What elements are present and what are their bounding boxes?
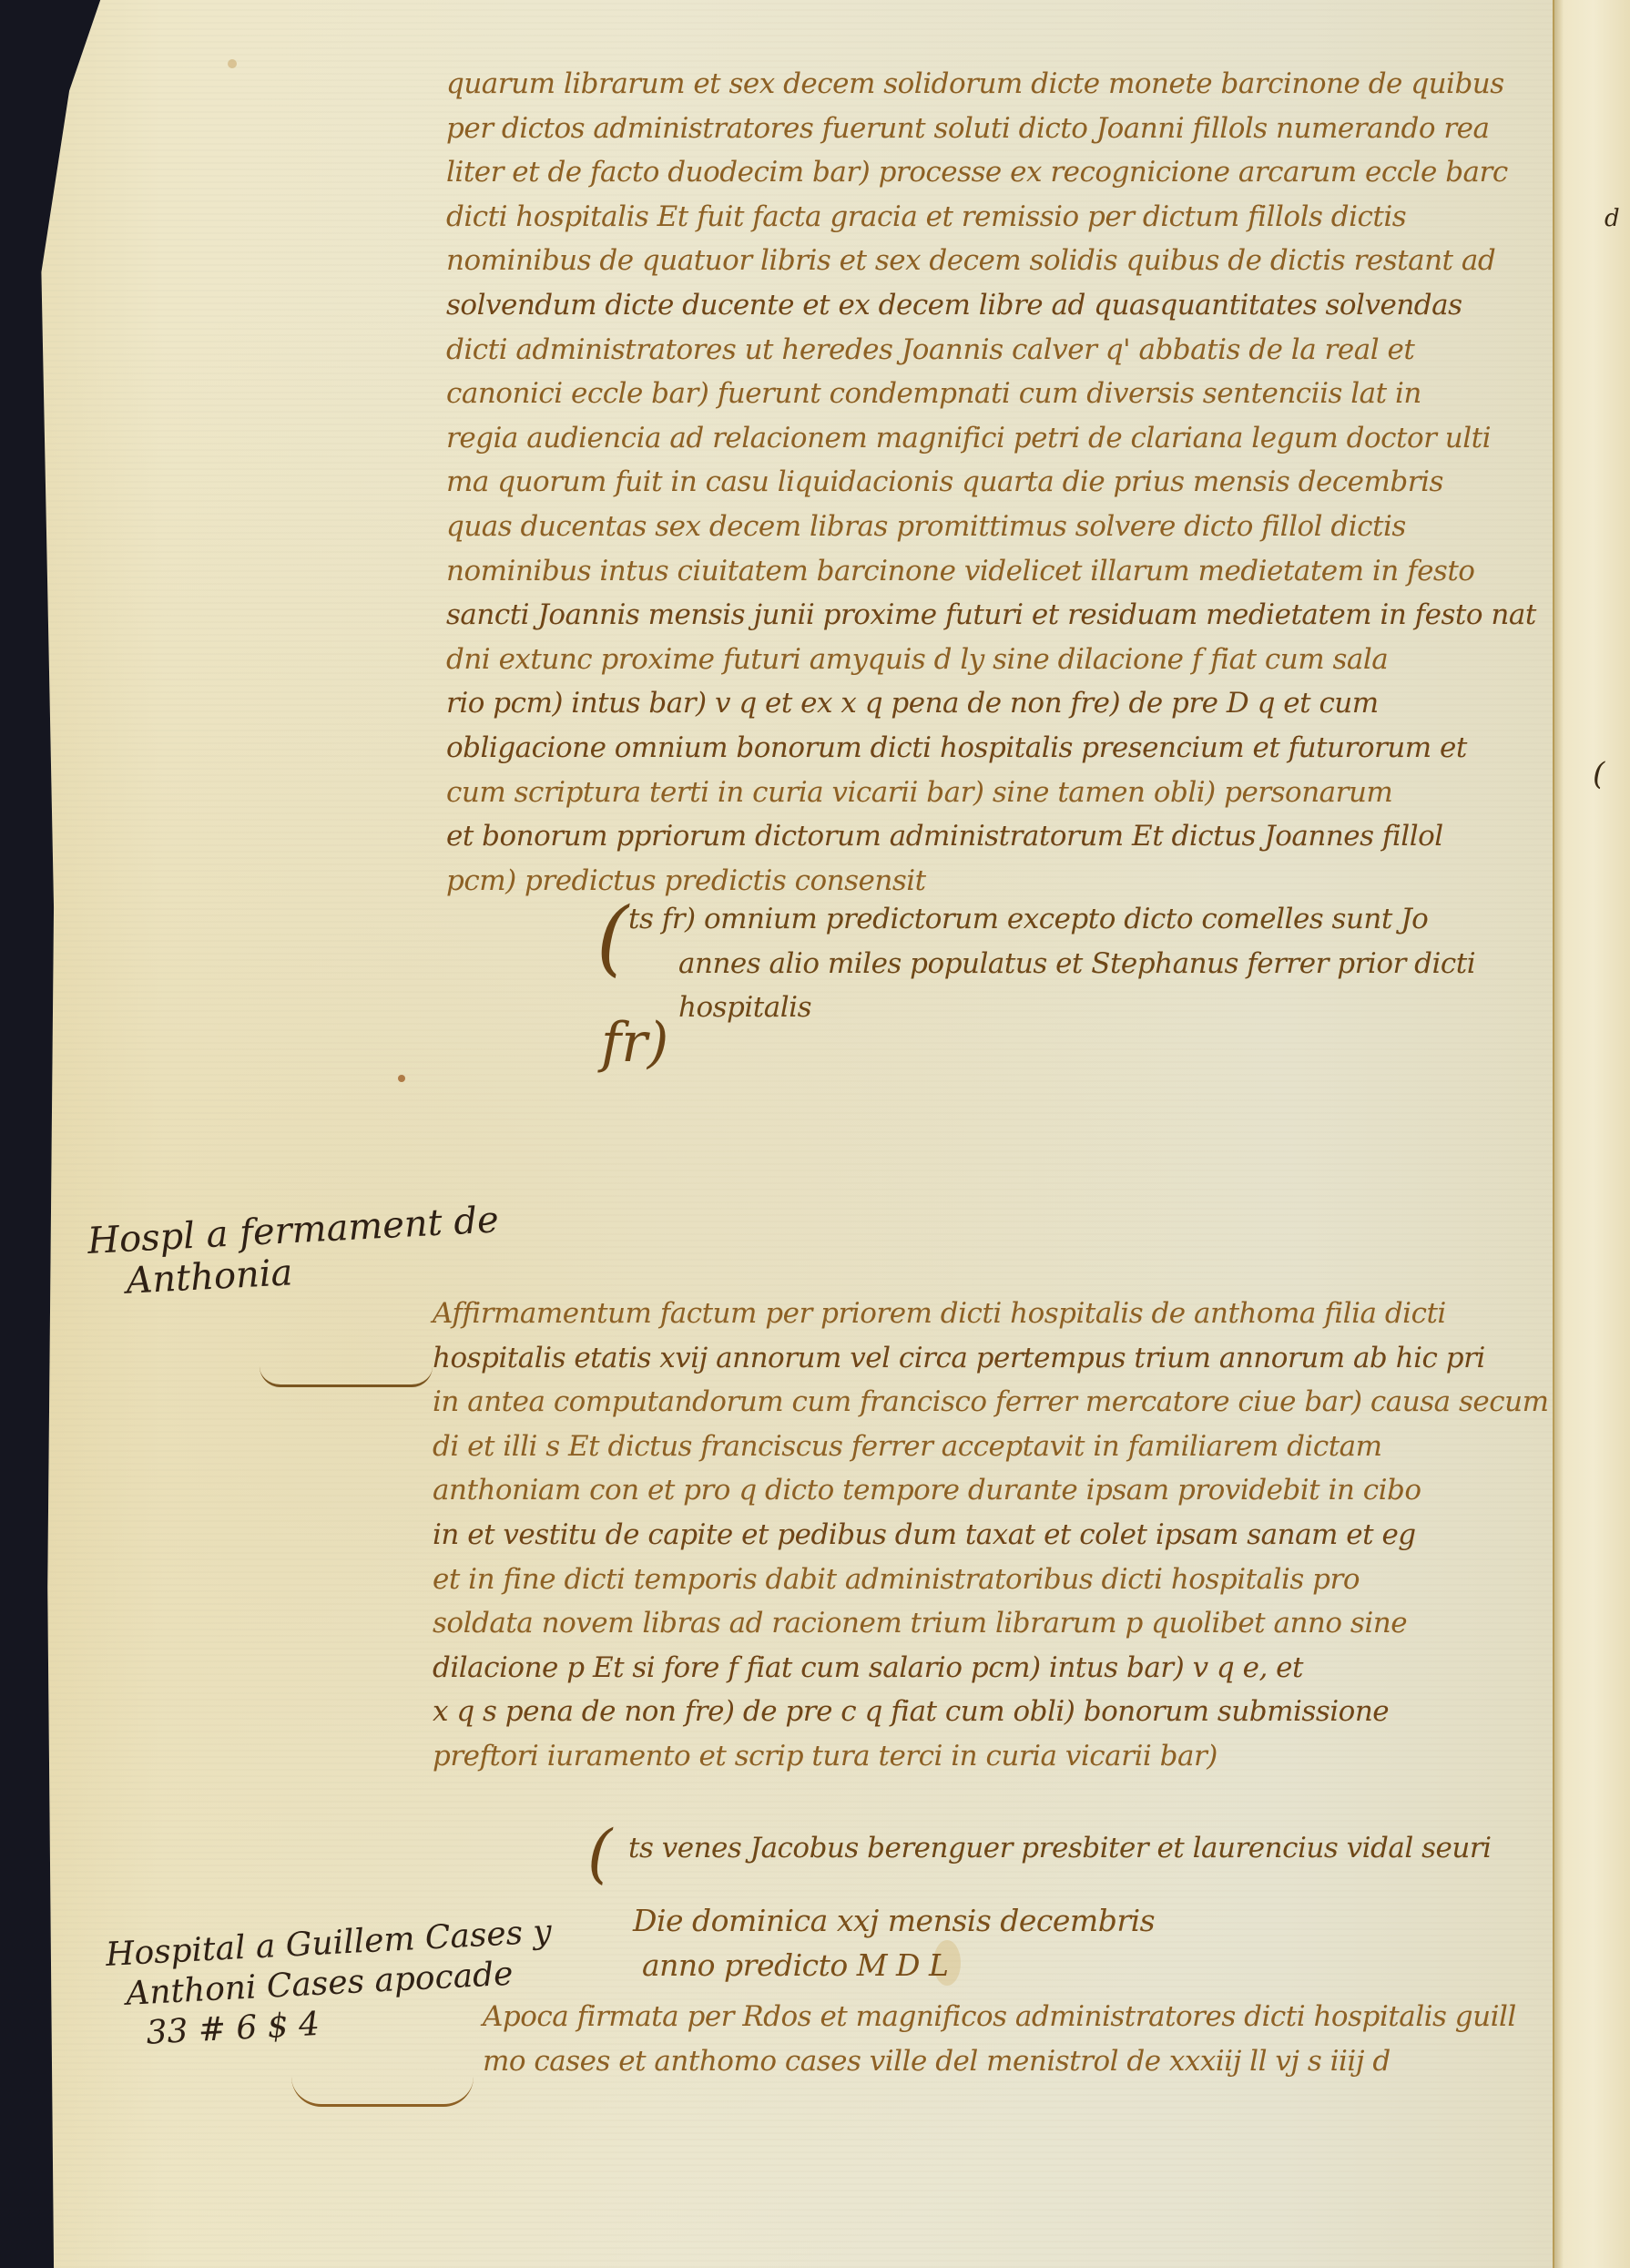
margin-flourish bbox=[291, 2077, 474, 2107]
date-line: anno predicto M D L bbox=[633, 1944, 1155, 1988]
text-line: rio pcm) intus bar) v q et ex x q pena d… bbox=[446, 681, 1584, 726]
text-line: Affirmamentum factum per priorem dicti h… bbox=[433, 1292, 1571, 1336]
text-line: x q s pena de non fre) de pre c q fiat c… bbox=[433, 1690, 1571, 1734]
text-line: per dictos administratores fuerunt solut… bbox=[446, 107, 1584, 151]
text-line: anthoniam con et pro q dicto tempore dur… bbox=[433, 1468, 1571, 1513]
text-line: dilacione p Et si fore f fiat cum salari… bbox=[433, 1646, 1571, 1691]
text-line: canonici eccle bar) fuerunt condempnati … bbox=[446, 372, 1584, 416]
entry-2-text: Affirmamentum factum per priorem dicti h… bbox=[433, 1292, 1571, 1779]
text-line: hospitalis etatis xvij annorum vel circa… bbox=[433, 1336, 1571, 1381]
entry-1-text: quarum librarum et sex decem solidorum d… bbox=[446, 62, 1584, 903]
witness-line: hospitalis bbox=[628, 986, 1475, 1030]
witness-line: ts venes Jacobus berenguer presbiter et … bbox=[628, 1826, 1492, 1871]
text-line: soldata novem libras ad racionem trium l… bbox=[433, 1601, 1571, 1646]
text-line: sancti Joannis mensis junii proxime futu… bbox=[446, 593, 1584, 638]
date-entry: Die dominica xxj mensis decembris anno p… bbox=[633, 1899, 1155, 1987]
text-line: regia audiencia ad relacionem magnifici … bbox=[446, 416, 1584, 461]
entry-3-text: Apoca firmata per Rdos et magnificos adm… bbox=[483, 1995, 1621, 2083]
witness-line: ts fr) omnium predictorum excepto dicto … bbox=[628, 897, 1475, 942]
text-line: liter et de facto duodecim bar) processe… bbox=[446, 150, 1584, 195]
text-line: nominibus intus ciuitatem barcinone vide… bbox=[446, 549, 1584, 594]
text-line: nominibus de quatuor libris et sex decem… bbox=[446, 239, 1584, 283]
foxing-stain bbox=[228, 59, 237, 68]
text-line: et bonorum ppriorum dictorum administrat… bbox=[446, 814, 1584, 859]
facing-page-mark: d bbox=[1605, 205, 1620, 232]
text-line: dni extunc proxime futuri amyquis d ly s… bbox=[446, 638, 1584, 682]
text-line: preftori iuramento et scrip tura terci i… bbox=[433, 1734, 1571, 1779]
text-line: in et vestitu de capite et pedibus dum t… bbox=[433, 1513, 1571, 1558]
text-line: Apoca firmata per Rdos et magnificos adm… bbox=[483, 1995, 1621, 2039]
text-line: cum scriptura terti in curia vicarii bar… bbox=[446, 771, 1584, 815]
text-line: obligacione omnium bonorum dicti hospita… bbox=[446, 726, 1584, 771]
text-line: dicti hospitalis Et fuit facta gracia et… bbox=[446, 195, 1584, 240]
witness-bracket: ( bbox=[587, 1822, 612, 1885]
witness-line: annes alio miles populatus et Stephanus … bbox=[628, 942, 1475, 986]
text-line: dicti administratores ut heredes Joannis… bbox=[446, 328, 1584, 373]
date-line: Die dominica xxj mensis decembris bbox=[633, 1899, 1155, 1944]
text-line: di et illi s Et dictus franciscus ferrer… bbox=[433, 1425, 1571, 1469]
text-line: mo cases et anthomo cases ville del meni… bbox=[483, 2039, 1621, 2084]
text-line: solvendum dicte ducente et ex decem libr… bbox=[446, 283, 1584, 328]
margin-flourish bbox=[260, 1366, 433, 1387]
witnesses-2: ts venes Jacobus berenguer presbiter et … bbox=[628, 1826, 1492, 1871]
facing-page-mark: ( bbox=[1593, 756, 1605, 792]
text-line: ma quorum fuit in casu liquidacionis qua… bbox=[446, 460, 1584, 505]
text-line: quarum librarum et sex decem solidorum d… bbox=[446, 62, 1584, 107]
witness-closing-mark: fr) bbox=[601, 1016, 668, 1070]
foxing-stain bbox=[398, 1075, 405, 1082]
text-line: in antea computandorum cum francisco fer… bbox=[433, 1380, 1571, 1425]
witness-bracket: ( bbox=[596, 897, 628, 979]
text-line: et in fine dicti temporis dabit administ… bbox=[433, 1558, 1571, 1602]
text-line: quas ducentas sex decem libras promittim… bbox=[446, 505, 1584, 549]
witnesses-1: ts fr) omnium predictorum excepto dicto … bbox=[628, 897, 1475, 1030]
